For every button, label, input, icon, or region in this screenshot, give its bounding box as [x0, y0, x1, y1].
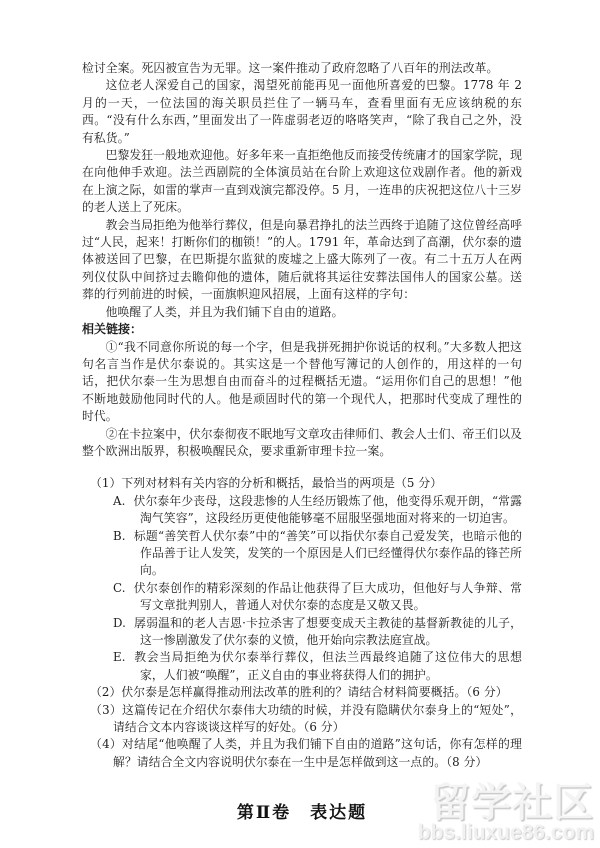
option-E: E.教会当局拒绝为伏尔泰举行葬仪，但法兰西最终追随了这位伟大的思想家，人们被“唤… — [82, 649, 522, 684]
option-C-text: 伏尔泰创作的精彩深刻的作品让他获得了巨大成功，但他好与人争辩、常写文章批判别人，… — [134, 581, 522, 612]
related-link-2: ②在卡拉案中，伏尔泰彻夜不眠地写文章攻击律师们、教会人士们、帝王们以及整个欧洲出… — [82, 426, 522, 461]
option-A-label: A. — [113, 494, 125, 508]
option-A: A.伏尔泰年少丧母，这段悲惨的人生经历锻炼了他，他变得乐观开朗，“常露淘气笑容”… — [82, 493, 522, 528]
option-D: D.孱弱温和的老人吉恩·卡拉杀害了想要变成天主教徒的基督新教徒的儿子，这一惨剧激… — [82, 615, 522, 650]
question-4: （4）对结尾“他唤醒了人类，并且为我们铺下自由的道路”这句话，你有怎样的理解？请… — [82, 736, 522, 771]
paragraph-banner-quote: 他唤醒了人类，并且为我们铺下自由的道路。 — [82, 304, 522, 321]
question-3: （3）这篇传记在介绍伏尔泰伟大功绩的时候，并没有隐瞒伏尔泰身上的“短处”，请结合… — [82, 702, 522, 737]
question-1: （1）下列对材料有关内容的分析和概括，最恰当的两项是（5 分） — [82, 475, 522, 492]
option-B: B.标题“善笑哲人伏尔泰”中的“善笑”可以指伏尔泰自己爱发笑，也暗示他的作品善于… — [82, 528, 522, 580]
option-B-text: 标题“善笑哲人伏尔泰”中的“善笑”可以指伏尔泰自己爱发笑，也暗示他的作品善于让人… — [134, 529, 522, 578]
option-D-label: D. — [113, 616, 126, 630]
question-2: （2）伏尔泰是怎样赢得推动刑法改革的胜利的？请结合材料简要概括。（6 分） — [82, 684, 522, 701]
option-A-text: 伏尔泰年少丧母，这段悲惨的人生经历锻炼了他，他变得乐观开朗，“常露淘气笑容”，这… — [133, 494, 522, 525]
watermark-url-text: bbs.liuxue86.com — [418, 822, 594, 844]
related-link-1: ①“我不同意你所说的每一个字，但是我拼死拥护你说话的权利。”大多数人把这句名言当… — [82, 339, 522, 426]
option-C: C.伏尔泰创作的精彩深刻的作品让他获得了巨大成功，但他好与人争辩、常写文章批判别… — [82, 580, 522, 615]
questions-block: （1）下列对材料有关内容的分析和概括，最恰当的两项是（5 分） A.伏尔泰年少丧… — [82, 475, 522, 771]
related-links-heading: 相关链接： — [82, 321, 522, 338]
section-title: 第Ⅱ卷 表达题 — [82, 801, 522, 825]
paragraph-return-to-paris: 这位老人深爱自己的国家，渴望死前能再见一面他所喜爱的巴黎。1778 年 2 月的… — [82, 77, 522, 147]
option-E-label: E. — [113, 650, 126, 664]
option-E-text: 教会当局拒绝为伏尔泰举行葬仪，但法兰西最终追随了这位伟大的思想家，人们被“唤醒”… — [134, 650, 522, 681]
option-B-label: B. — [113, 529, 126, 543]
exam-page: 检讨全案。死囚被宣告为无罪。这一案件推动了政府忽略了八百年的刑法改革。 这位老人… — [82, 60, 522, 825]
option-D-text: 孱弱温和的老人吉恩·卡拉杀害了想要变成天主教徒的基督新教徒的儿子，这一惨剧激发了… — [134, 616, 522, 647]
paragraph-case-conclusion: 检讨全案。死囚被宣告为无罪。这一案件推动了政府忽略了八百年的刑法改革。 — [82, 60, 522, 77]
paragraph-funeral: 教会当局拒绝为他举行葬仪，但是向暴君挣扎的法兰西终于追随了这位曾经高呼过“人民，… — [82, 217, 522, 304]
option-C-label: C. — [113, 581, 126, 595]
paragraph-paris-welcome: 巴黎发狂一般地欢迎他。好多年来一直拒绝他反而接受传统庸才的国家学院，现在向他伸手… — [82, 147, 522, 217]
